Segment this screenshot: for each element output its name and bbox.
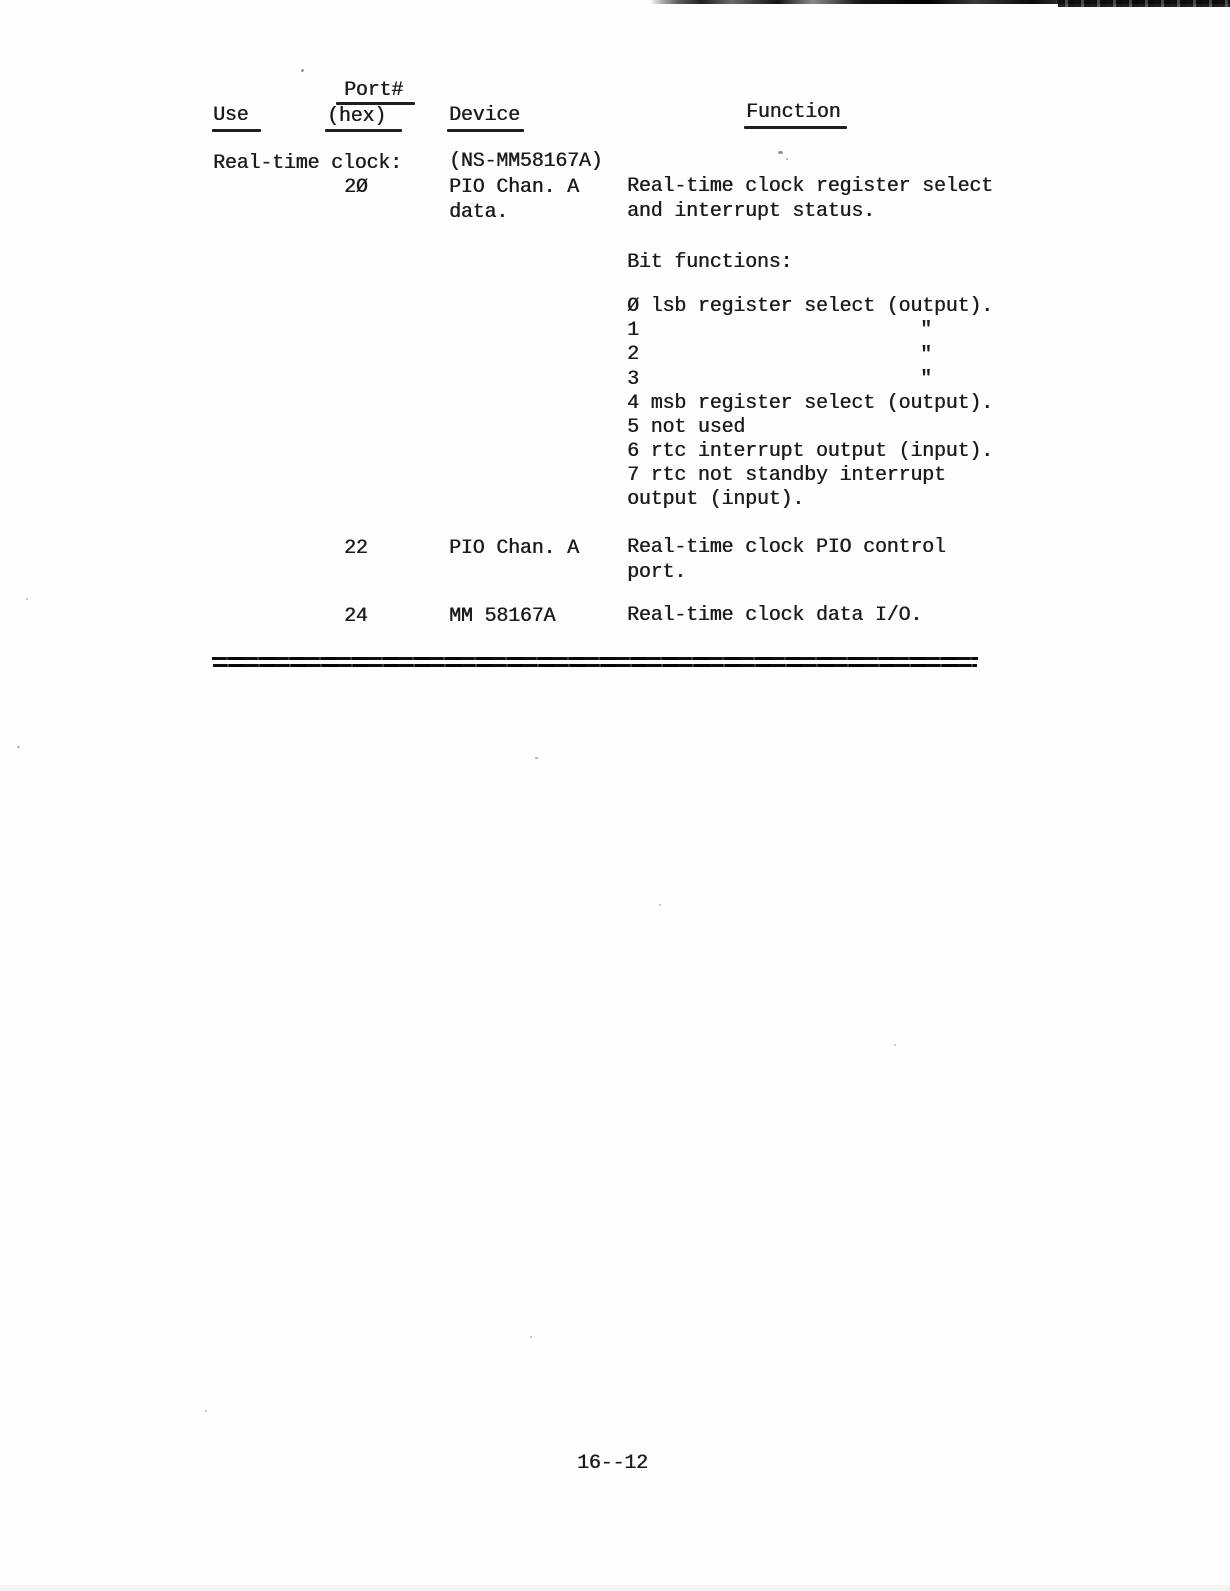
- document-page: Port# Use (hex) Device Function Real-tim…: [0, 0, 1230, 1591]
- device-cell-24: MM 58167A: [449, 605, 555, 629]
- function-cell-20: Real-time clock register select: [627, 175, 993, 199]
- bit-line-5: 5 not used: [627, 416, 745, 440]
- function-cell-22: Real-time clock PIO control: [627, 536, 946, 560]
- scan-artifact-bottom-edge: [0, 1585, 1230, 1591]
- scan-speck: [659, 904, 661, 906]
- bit-line-4: 4 msb register select (output).: [627, 392, 993, 416]
- col-header-use: Use: [213, 104, 248, 128]
- scan-artifact-top-edge-end: [1058, 0, 1230, 7]
- port-cell-22: 22: [344, 537, 368, 561]
- scan-speck: [301, 69, 304, 72]
- scan-speck: [530, 1336, 532, 1338]
- scan-speck: [786, 158, 788, 160]
- scan-speck: [26, 598, 28, 600]
- function-cell-22-cont: port.: [627, 561, 686, 585]
- col-header-function-underline: [744, 126, 847, 129]
- device-cell-20: PIO Chan. A: [449, 176, 579, 200]
- scan-speck: [205, 1410, 207, 1412]
- bit-line-2: 2: [627, 343, 639, 367]
- ditto-mark-bit3: ": [920, 368, 932, 392]
- bit-line-0: Ø lsb register select (output).: [627, 295, 993, 319]
- col-header-port-line1: Port#: [344, 79, 403, 103]
- port-cell-24: 24: [344, 605, 368, 629]
- col-header-device-underline: [447, 129, 524, 132]
- function-cell-20-cont: and interrupt status.: [627, 200, 875, 224]
- bit-line-7: 7 rtc not standby interrupt: [627, 464, 946, 488]
- page-number: 16--12: [577, 1452, 648, 1476]
- ditto-mark-bit1: ": [920, 319, 932, 343]
- scan-speck: [17, 746, 20, 748]
- col-header-hex-underline: [325, 129, 402, 132]
- row-device-note: (NS-MM58167A): [449, 150, 602, 174]
- table-double-rule-bottom: [213, 664, 977, 667]
- ditto-mark-bit2: ": [920, 344, 932, 368]
- scan-speck: [535, 757, 538, 759]
- col-header-function: Function: [746, 101, 840, 125]
- bit-line-1: 1: [627, 319, 639, 343]
- device-cell-20-cont: data.: [449, 201, 508, 225]
- scan-speck: [894, 1044, 896, 1046]
- device-cell-22: PIO Chan. A: [449, 537, 579, 561]
- bit-line-7-cont: output (input).: [627, 488, 804, 512]
- row-use-label: Real-time clock:: [213, 152, 402, 176]
- port-cell-20: 2Ø: [344, 176, 368, 200]
- bit-line-6: 6 rtc interrupt output (input).: [627, 440, 993, 464]
- bit-functions-heading: Bit functions:: [627, 251, 792, 275]
- table-double-rule-top: [212, 657, 978, 660]
- col-header-device: Device: [449, 104, 520, 128]
- bit-line-3: 3: [627, 368, 639, 392]
- col-header-use-underline: [212, 129, 261, 132]
- scan-speck: [778, 151, 783, 154]
- col-header-port-line2: (hex): [327, 105, 386, 129]
- function-cell-24: Real-time clock data I/O.: [627, 604, 922, 628]
